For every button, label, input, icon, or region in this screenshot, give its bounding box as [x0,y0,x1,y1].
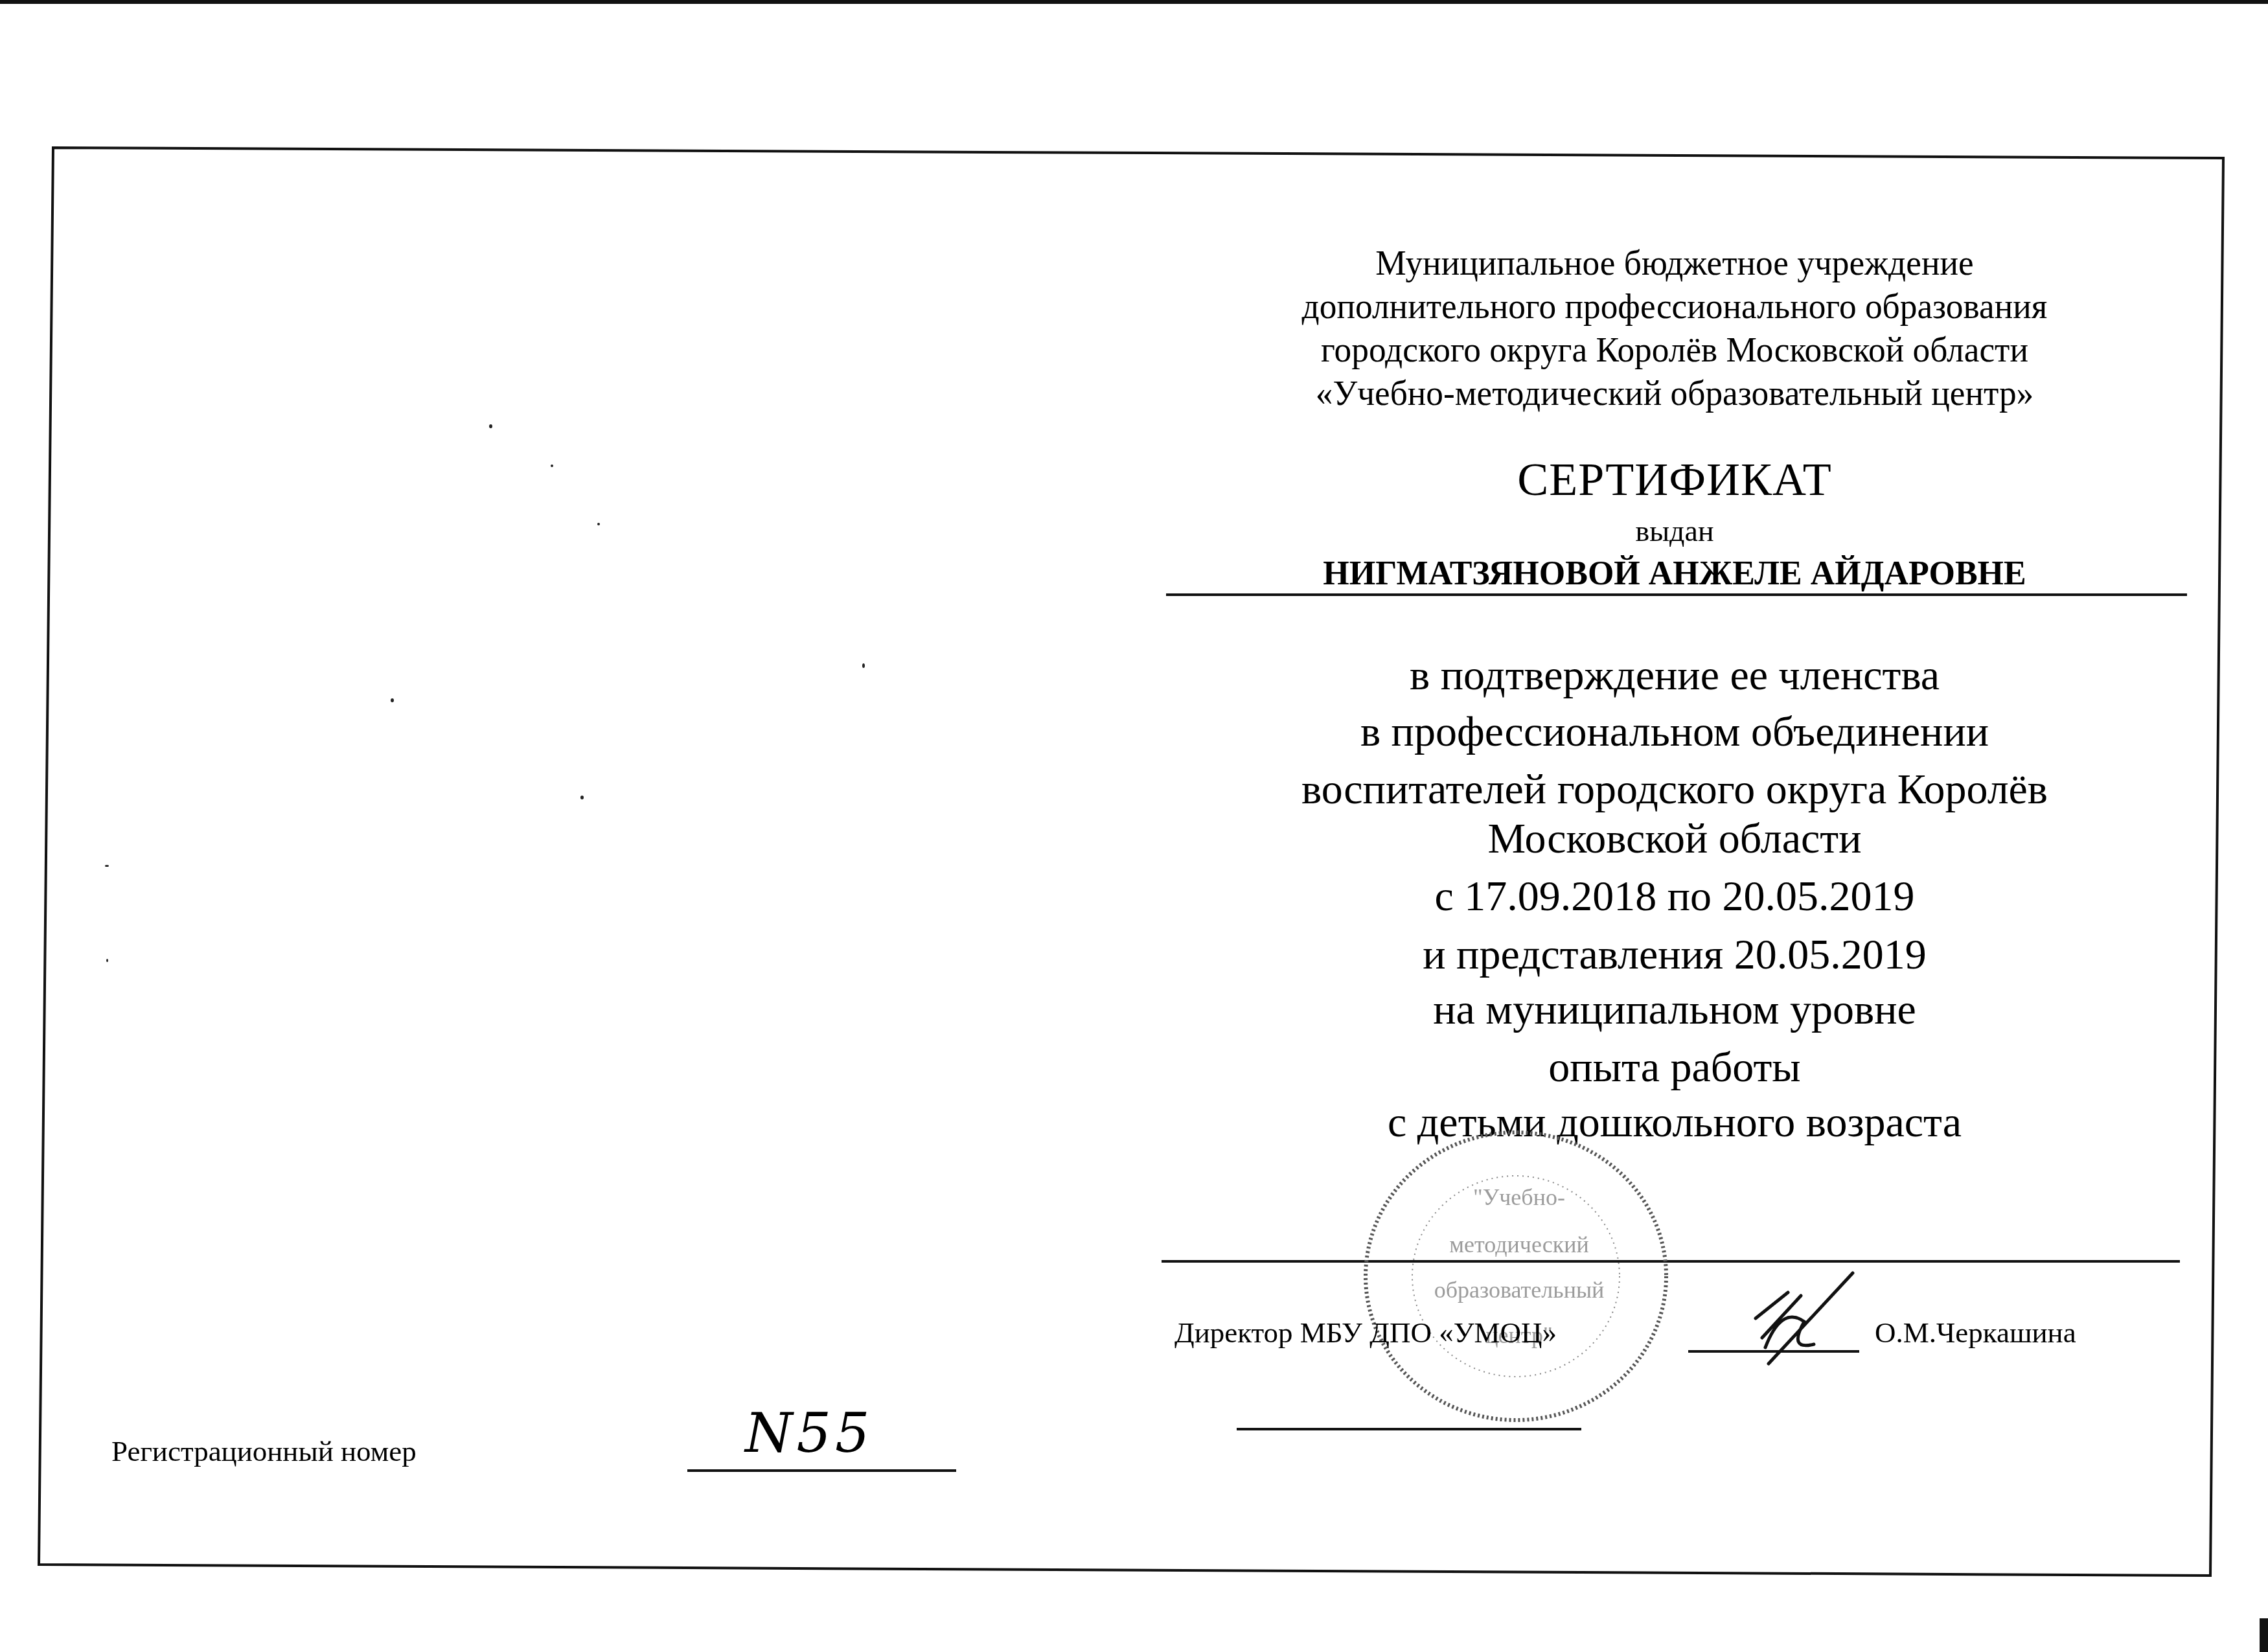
registration-number-line [687,1469,956,1472]
body-line-3: воспитателей городского округа Королёв [1160,768,2190,811]
recipient-name: НИГМАТЗЯНОВОЙ АНЖЕЛЕ АЙДАРОВНЕ [1160,557,2190,591]
scan-speck [551,465,553,467]
issued-label: выдан [1160,516,2190,546]
scan-speck [580,796,584,799]
registration-label: Регистрационный номер [111,1437,417,1466]
body-line-4: Московской области [1160,818,2190,860]
signatory-name: О.М.Черкашина [1875,1318,2076,1348]
issuer-line-1: Муниципальное бюджетное учреждение [1175,245,2174,281]
body-line-8: опыта работы [1160,1046,2190,1089]
svg-text:образовательный: образовательный [1434,1277,1605,1303]
recipient-underline [1166,593,2187,596]
scan-speck [106,959,108,962]
issuer-line-3: городского округа Королёв Московской обл… [1175,332,2174,367]
handwritten-signature [1743,1267,1872,1377]
signatory-position: Директор МБУ ДПО «УМОЦ» [1174,1318,1557,1348]
issuer-line-4: «Учебно-методический образовательный цен… [1175,375,2174,411]
svg-text:методический: методический [1449,1232,1589,1257]
membership-period: с 17.09.2018 по 20.05.2019 [1160,875,2190,918]
scan-speck [391,698,394,702]
body-line-2: в профессиональном объединении [1160,711,2190,753]
body-line-9: с детьми дошкольного возраста [1160,1101,2190,1144]
body-line-7: на муниципальном уровне [1160,989,2190,1031]
registration-number: N55 [745,1406,873,1460]
certificate-title: СЕРТИФИКАТ [1160,456,2190,503]
blank-line [1237,1428,1581,1430]
presentation-date: и представления 20.05.2019 [1160,934,2190,976]
scan-speck [105,865,109,867]
scan-speck [489,424,492,428]
body-line-1: в подтверждение ее членства [1160,654,2190,697]
svg-text:"Учебно-: "Учебно- [1473,1184,1565,1210]
official-stamp: "Учебно- методический образовательный це… [1357,1124,1675,1428]
scan-speck [862,663,865,668]
issuer-line-2: дополнительного профессионального образо… [1175,288,2174,324]
scan-speck [597,523,600,525]
